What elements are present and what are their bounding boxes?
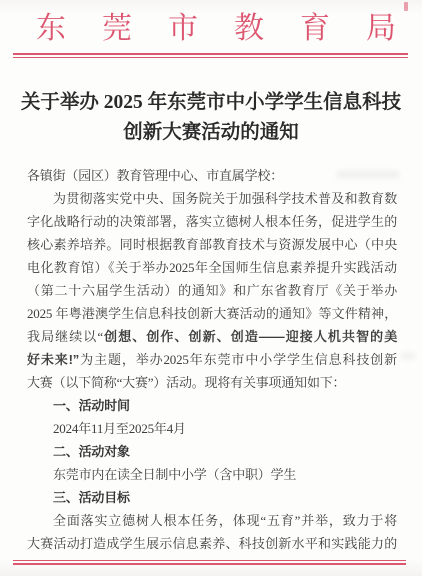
section-heading: 一、活动时间 — [27, 394, 397, 417]
document-body: 各镇街（园区）教育管理中心、市直属学校：为贯彻落实党中央、国务院关于加强科学技术… — [27, 164, 397, 555]
body-line: 电化教育馆）《关于举办2025年全国师生信息素养提升实践活动 — [27, 256, 397, 279]
body-text: 大赛活动打造成学生展示信息素养、科技创新水平和实践能力的 — [27, 536, 397, 551]
scan-artifact — [336, 170, 400, 179]
body-text: 二、活动对象 — [53, 444, 130, 459]
body-line: 东莞市内在读全日制中小学（含中职）学生 — [27, 463, 397, 486]
section-heading: 三、活动目标 — [27, 486, 397, 509]
body-line: 2025 年粤港澳学生信息科技创新大赛活动的通知》等文件精神， — [27, 302, 397, 325]
footer-rule — [13, 560, 406, 565]
body-line: 全面落实立德树人根本任务，体现“五育”并举，致力于将 — [27, 509, 397, 532]
body-text: （第二十六届学生活动）的通知》和广东省教育厅《关于举办 — [27, 283, 397, 298]
body-text: 东莞市内在读全日制中小学（含中职）学生 — [53, 467, 296, 482]
body-text: 全面落实立德树人根本任务，体现“五育”并举，致力于将 — [53, 513, 397, 528]
body-text: 为主题，举办2025年东莞市中小学学生信息科技创新 — [79, 352, 397, 367]
body-line: （第二十六届学生活动）的通知》和广东省教育厅《关于举办 — [27, 279, 397, 302]
body-line: 为贯彻落实党中央、国务院关于加强科学技术普及和教育数 — [27, 187, 397, 210]
document-title-line2: 创新大赛活动的通知 — [0, 118, 422, 148]
body-text: 2025 年粤港澳学生信息科技创新大赛活动的通知》等文件精神， — [27, 306, 397, 321]
theme-quote-bold: 创想、创作、创新、创造——迎接人机共智的美 — [103, 329, 397, 344]
body-text: 我局继续以“ — [27, 329, 103, 344]
body-text: 一、活动时间 — [53, 398, 130, 413]
body-text: 2024年11月至2025年4月 — [53, 421, 186, 436]
document-title: 关于举办 2025 年东莞市中小学学生信息科技 创新大赛活动的通知 — [0, 88, 422, 148]
body-line: 字化战略行动的决策部署，落实立德树人根本任务，促进学生的 — [27, 210, 397, 233]
body-text: 大赛（以下简称“大赛”）活动。现将有关事项通知如下： — [27, 375, 345, 390]
letterhead-rule — [13, 53, 408, 58]
scan-artifact — [400, 352, 416, 360]
scanned-notice-page: 东莞市教育局 关于举办 2025 年东莞市中小学学生信息科技 创新大赛活动的通知… — [0, 0, 422, 576]
body-text: 各镇街（园区）教育管理中心、市直属学校： — [27, 168, 283, 183]
theme-quote-bold: 好未来!” — [27, 352, 79, 367]
bureau-letterhead: 东莞市教育局 — [0, 9, 422, 49]
body-line: 好未来!”为主题，举办2025年东莞市中小学学生信息科技创新 — [27, 348, 397, 371]
body-text: 为贯彻落实党中央、国务院关于加强科学技术普及和教育数 — [53, 191, 397, 206]
body-line: 大赛（以下简称“大赛”）活动。现将有关事项通知如下： — [27, 371, 397, 394]
body-text: 电化教育馆）《关于举办2025年全国师生信息素养提升实践活动 — [27, 260, 397, 275]
body-text: 字化战略行动的决策部署，落实立德树人根本任务，促进学生的 — [27, 214, 397, 229]
body-line: 2024年11月至2025年4月 — [27, 417, 397, 440]
body-line: 我局继续以“创想、创作、创新、创造——迎接人机共智的美 — [27, 325, 397, 348]
document-title-line1: 关于举办 2025 年东莞市中小学学生信息科技 — [0, 88, 422, 118]
body-line: 大赛活动打造成学生展示信息素养、科技创新水平和实践能力的 — [27, 532, 397, 555]
body-line: 核心素养培养。同时根据教育部教育技术与资源发展中心（中央 — [27, 233, 397, 256]
body-text: 三、活动目标 — [53, 490, 130, 505]
section-heading: 二、活动对象 — [27, 440, 397, 463]
body-text: 核心素养培养。同时根据教育部教育技术与资源发展中心（中央 — [27, 237, 397, 252]
